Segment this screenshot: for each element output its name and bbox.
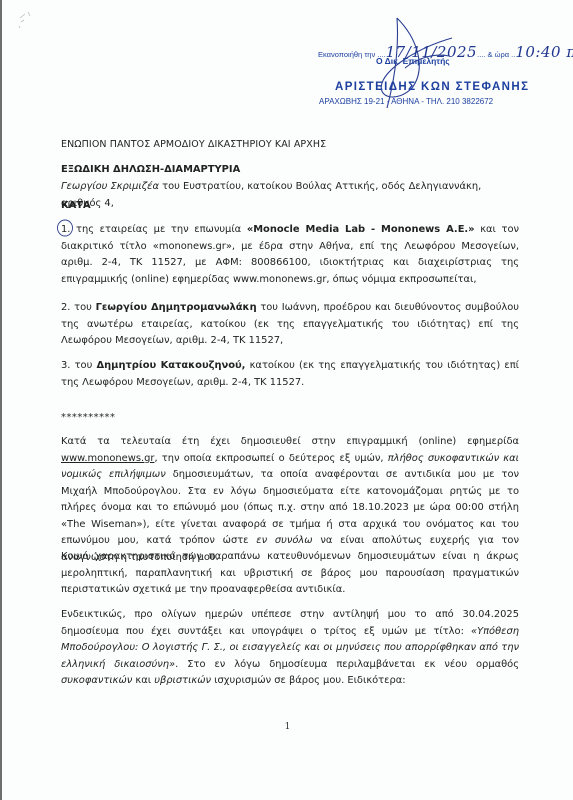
respondent-number: 1. (61, 224, 70, 235)
body-text-italic: εν συνόλω (256, 535, 312, 546)
document-page: Εκανοποιήθη την ....17/11/2025.... & ώρα… (2, 0, 573, 800)
respondent-name: «Monocle Media Lab - Mononews A.E.» (247, 224, 475, 235)
body-text: Ενδεικτικώς, προ ολίγων ημερών υπέπεσε σ… (61, 609, 519, 637)
respondent-name: Γεωργίου Δημητρομανωλάκη (96, 302, 257, 313)
body-text: ισχυρισμών σε βάρος μου. Ειδικότερα: (211, 675, 406, 686)
officer-name: ΑΡΙΣΤΕΙΔΗΣ ΚΩΝ ΣΤΕΦΑΝΗΣ (335, 81, 529, 93)
respondent-number: 2. (61, 302, 70, 313)
mononews-link[interactable]: www.mononews.gr (61, 453, 154, 464)
body-text-italic: συκοφαντικών (61, 675, 132, 686)
body-text: Κατά τα τελευταία έτη έχει δημοσιευθεί σ… (61, 436, 519, 447)
body-text: και (132, 675, 154, 686)
respondent-number: 3. (61, 360, 70, 371)
respondent-pre: του (70, 360, 96, 371)
against-label: ΚΑΤΑ (61, 198, 519, 215)
page-number: 1 (2, 722, 573, 732)
corner-mark-icon (16, 8, 40, 30)
section-separator: ********** (61, 410, 519, 427)
claimant-name: Γεωργίου Σκριμιζέα (61, 181, 159, 192)
officer-address: ΑΡΑΧΩΒΗΣ 19-21 - ΑΘΗΝΑ - ΤΗΛ. 210 382267… (319, 97, 493, 106)
body-paragraph-3: Ενδεικτικώς, προ ολίγων ημερών υπέπεσε σ… (61, 607, 519, 690)
body-text: . Στο εν λόγω δημοσίευμα περιλαμβάνεται … (175, 659, 519, 670)
served-time: 10:40 π.μ. (515, 43, 573, 61)
body-paragraph-1: Κατά τα τελευταία έτη έχει δημοσιευθεί σ… (61, 434, 519, 566)
court-line: ΕΝΩΠΙΟΝ ΠΑΝΤΟΣ ΑΡΜΟΔΙΟΥ ΔΙΚΑΣΤΗΡΙΟΥ ΚΑΙ … (61, 137, 519, 154)
body-paragraph-2: Κοινό χαρακτηριστικό των παραπάνω κατευθ… (61, 549, 519, 599)
service-stamp: Εκανοποιήθη την ....17/11/2025.... & ώρα… (302, 30, 542, 120)
respondent-pre: του (70, 302, 95, 313)
respondent-pre: της εταιρείας με την επωνυμία (70, 224, 246, 235)
respondent-1: 1. της εταιρείας με την επωνυμία «Monocl… (61, 222, 519, 288)
time-label: & ώρα (488, 50, 510, 59)
officer-title: Ο Δικ. Επιμελητής (376, 56, 450, 66)
document-title: ΕΞΩΔΙΚΗ ΔΗΛΩΣΗ-ΔΙΑΜΑΡΤΥΡΙΑ (61, 162, 519, 179)
respondent-2: 2. του Γεωργίου Δημητρομανωλάκη του Ιωάν… (61, 300, 519, 350)
served-label: Εκανοποιήθη την (318, 50, 375, 59)
respondent-name: Δημητρίου Κατακουζηνού, (97, 360, 246, 371)
body-text-italic: υβριστικών (154, 675, 211, 686)
respondent-3: 3. του Δημητρίου Κατακουζηνού, κατοίκου … (61, 358, 519, 391)
body-text: , την οποία εκπροσωπεί ο δεύτερος εξ υμώ… (154, 453, 387, 464)
